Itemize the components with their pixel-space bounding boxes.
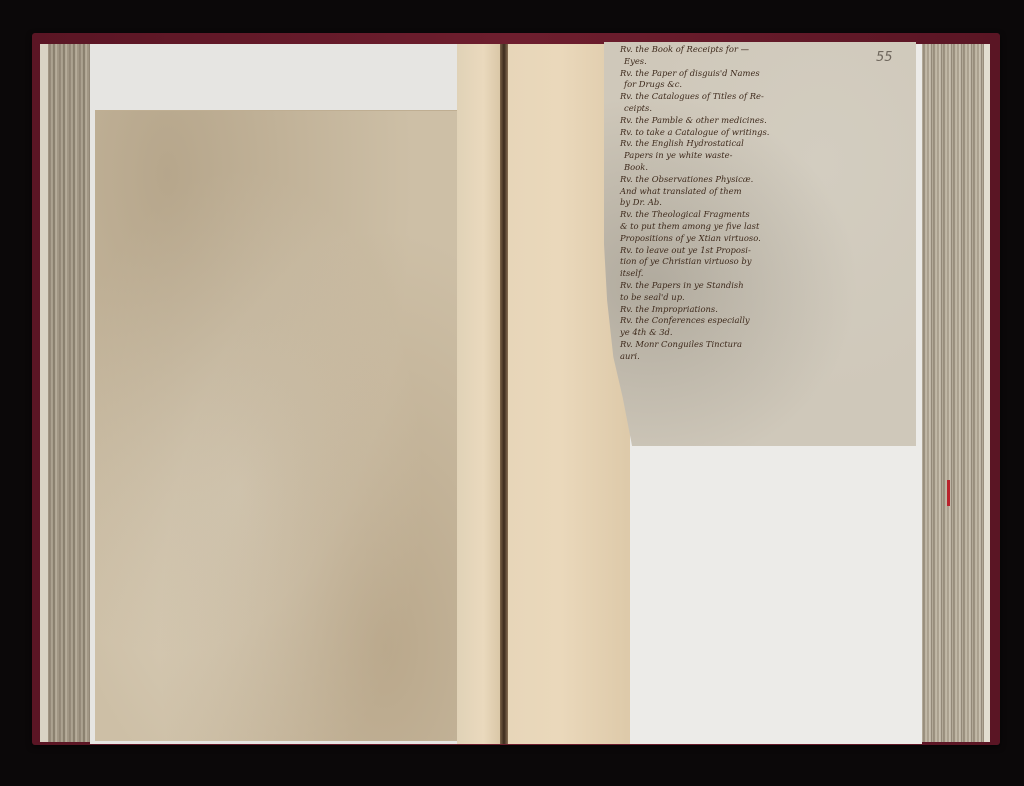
note-line: & to put them among ye five last: [620, 221, 820, 233]
note-line: Rv. the Conferences especially: [620, 315, 820, 327]
note-line: auri.: [620, 351, 820, 363]
note-line: by Dr. Ab.: [620, 197, 820, 209]
note-line: Book.: [620, 162, 820, 174]
left-mounted-leaf: [95, 110, 457, 741]
book-gutter: [500, 44, 508, 744]
note-line: Rv. the Paper of disguis'd Names: [620, 68, 820, 80]
folio-number: 55: [876, 50, 893, 65]
note-line: And what translated of them: [620, 186, 820, 198]
note-line: Rv. to leave out ye 1st Proposi-: [620, 245, 820, 257]
note-line: Eyes.: [620, 56, 820, 68]
note-line: tion of ye Christian virtuoso by: [620, 256, 820, 268]
note-line: Rv. the Papers in ye Standish: [620, 280, 820, 292]
note-line: Rv. to take a Catalogue of writings.: [620, 127, 820, 139]
left-guard-strip: [457, 44, 501, 744]
note-line: Rv. Monr Conguiles Tinctura: [620, 339, 820, 351]
note-line: Rv. the Observationes Physicæ.: [620, 174, 820, 186]
note-line: Rv. the Book of Receipts for —: [620, 44, 820, 56]
red-page-marker: [947, 480, 950, 506]
note-line: ceipts.: [620, 103, 820, 115]
note-line: Rv. the Impropriations.: [620, 304, 820, 316]
note-line: for Drugs &c.: [620, 79, 820, 91]
note-line: to be seal'd up.: [620, 292, 820, 304]
note-text: Rv. the Book of Receipts for — Eyes. Rv.…: [620, 44, 820, 363]
note-line: Rv. the English Hydrostatical: [620, 138, 820, 150]
note-line: Papers in ye white waste-: [620, 150, 820, 162]
note-line: ye 4th & 3d.: [620, 327, 820, 339]
note-line: Rv. the Theological Fragments: [620, 209, 820, 221]
note-line: itself.: [620, 268, 820, 280]
right-fore-edge: [922, 44, 990, 742]
note-line: Rv. the Catalogues of Titles of Re-: [620, 91, 820, 103]
note-line: Propositions of ye Xtian virtuoso.: [620, 233, 820, 245]
note-line: Rv. the Pamble & other medicines.: [620, 115, 820, 127]
